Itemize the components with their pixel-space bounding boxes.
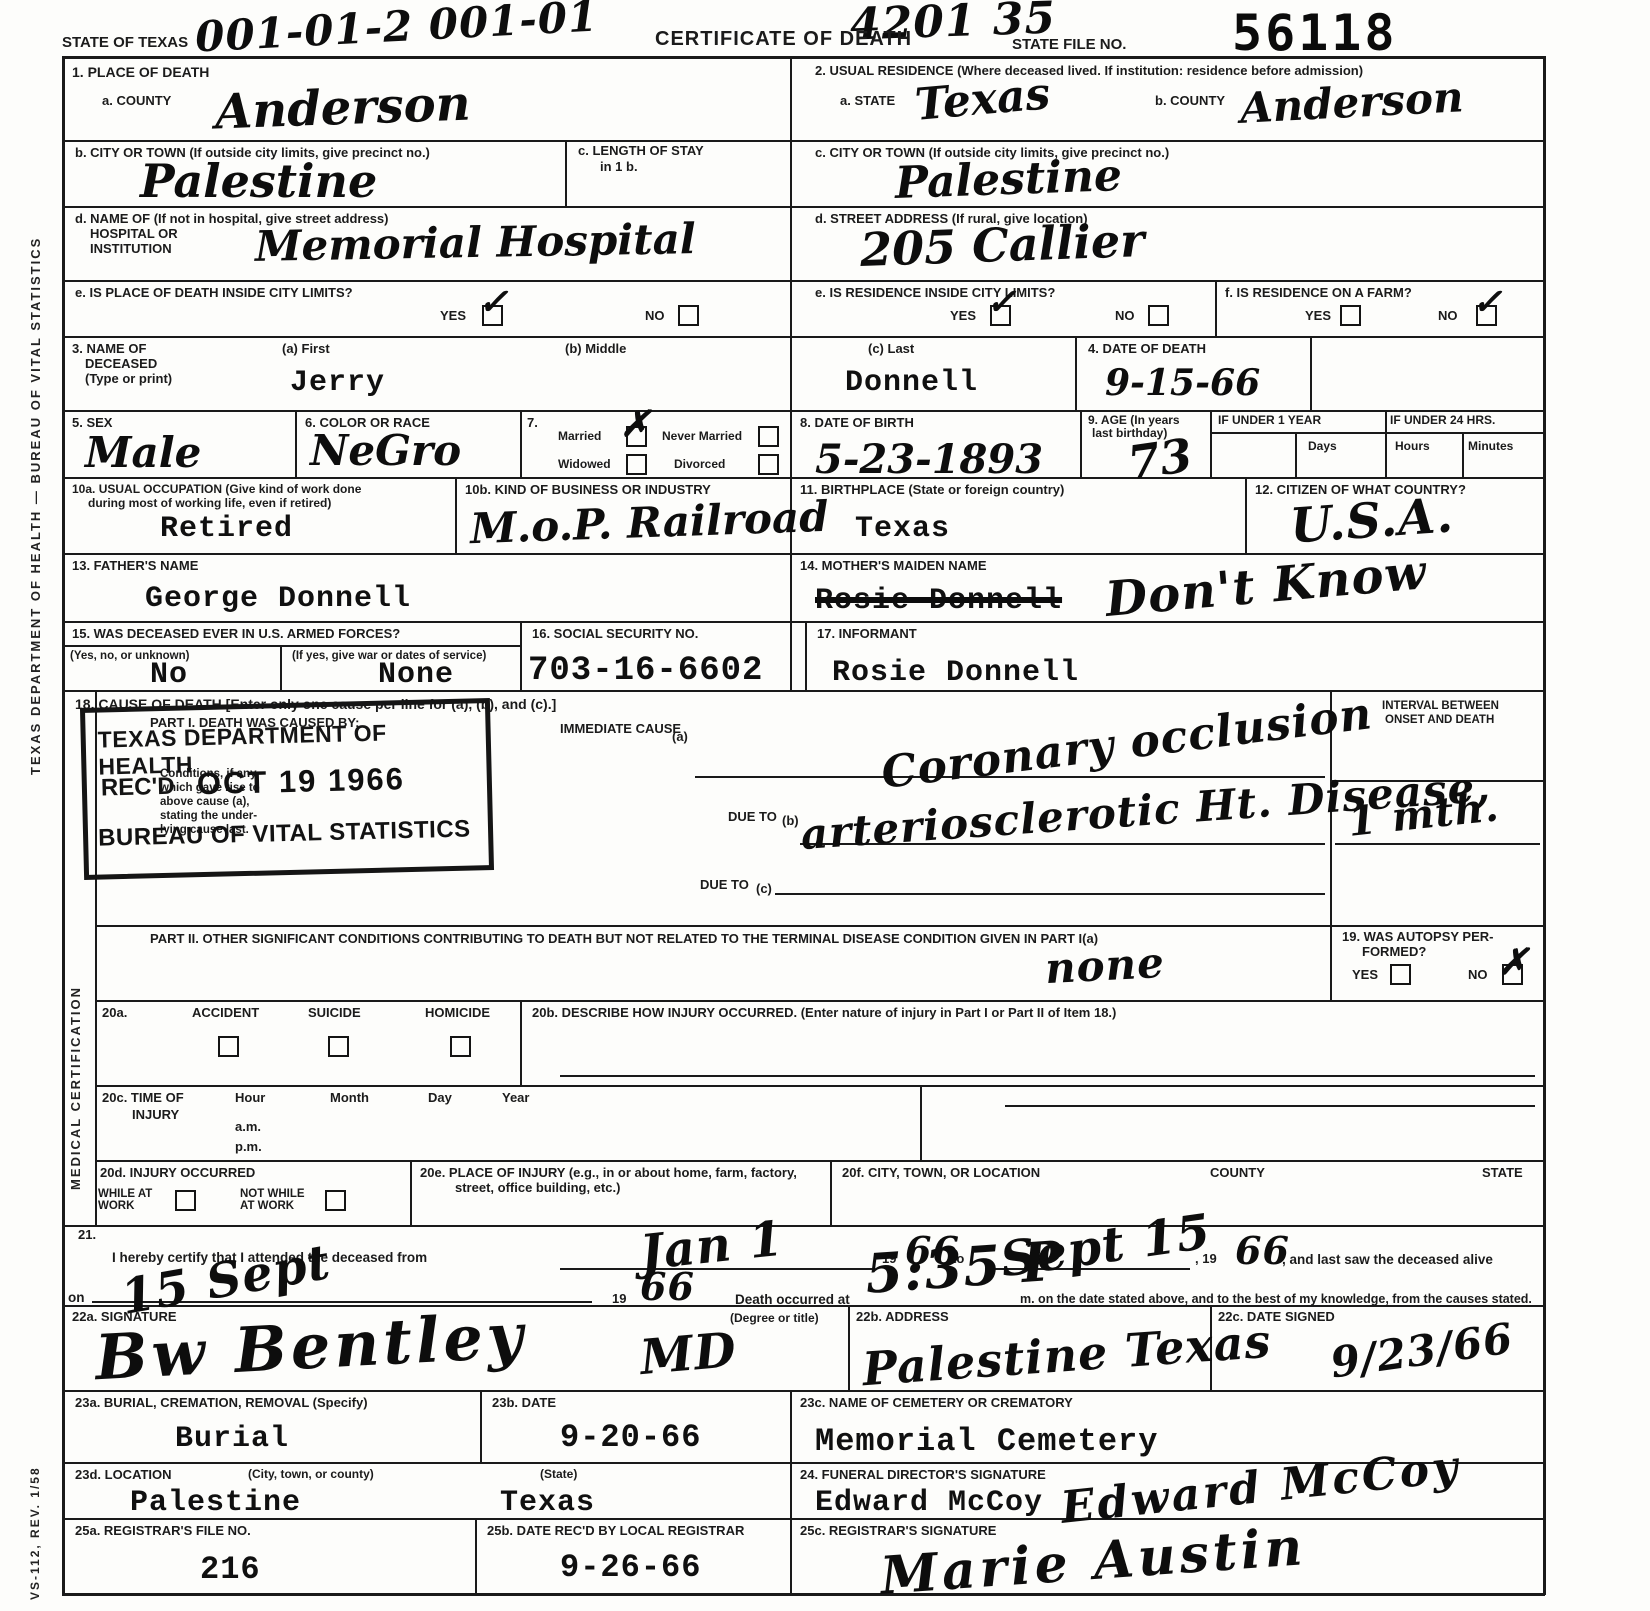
grid-line — [1310, 336, 1312, 410]
burial-cremation-value: Burial — [175, 1424, 289, 1454]
usual-occupation-label2: during most of working life, even if ret… — [88, 497, 331, 511]
armed-forces-yesno-value: No — [150, 660, 188, 690]
burial-location-state-label: (State) — [540, 1468, 577, 1482]
cemetery-name-label: 23c. NAME OF CEMETERY OR CREMATORY — [800, 1396, 1073, 1411]
due-to-b-label: DUE TO — [728, 810, 777, 825]
name-of-deceased-label3: (Type or print) — [85, 372, 172, 387]
days-label: Days — [1308, 440, 1337, 454]
injury-description-line — [560, 1075, 1535, 1077]
never-married-checkbox — [758, 426, 779, 447]
physician-degree-value: MD — [638, 1326, 739, 1382]
grid-line — [62, 1390, 1545, 1392]
grid-line — [790, 1390, 792, 1595]
burial-location-city-label: (City, town, or county) — [248, 1468, 374, 1482]
mothers-maiden-name-struck: Rosie Donnell — [815, 586, 1062, 616]
certify-text-2: , and last saw the deceased alive — [1282, 1252, 1493, 1268]
injury-description-line-2 — [1005, 1105, 1535, 1107]
residence-county-label: b. COUNTY — [1155, 94, 1225, 109]
grid-line — [790, 56, 792, 690]
injury-occurred-label: 20d. INJURY OCCURRED — [100, 1166, 255, 1181]
pm-label: p.m. — [235, 1140, 262, 1155]
injury-city-label: 20f. CITY, TOWN, OR LOCATION — [842, 1166, 1040, 1181]
grid-line — [280, 645, 282, 690]
autopsy-label-1: 19. WAS AUTOPSY PER- — [1342, 930, 1493, 945]
grid-line — [520, 410, 522, 477]
grid-line — [520, 621, 522, 690]
widowed-checkbox — [626, 454, 647, 475]
death-city-limits-yes-mark: ✓ — [478, 284, 508, 320]
while-at-work-checkbox — [175, 1190, 196, 1211]
autopsy-no-mark: ✗ — [1498, 944, 1528, 980]
no-label: NO — [1438, 309, 1458, 324]
residence-city-value: Palestine — [894, 154, 1122, 206]
grid-line — [1075, 336, 1077, 410]
death-time-value: 5:35 P — [863, 1233, 1064, 1301]
color-or-race-value: NeGro — [310, 430, 461, 472]
year-19-label-3: 19 — [612, 1292, 626, 1307]
burial-date-label: 23b. DATE — [492, 1396, 556, 1411]
residence-state-label: a. STATE — [840, 94, 895, 109]
hospital-name-value: Memorial Hospital — [255, 218, 696, 268]
usual-residence-title: 2. USUAL RESIDENCE (Where deceased lived… — [815, 64, 1363, 79]
divorced-label: Divorced — [674, 458, 725, 472]
married-mark: ✗ — [620, 406, 650, 442]
yes-label: YES — [1305, 309, 1331, 324]
length-of-stay-label: c. LENGTH OF STAY — [578, 144, 704, 159]
married-label: Married — [558, 430, 601, 444]
middle-name-label: (b) Middle — [565, 342, 626, 357]
street-address-value: 205 Callier — [859, 217, 1145, 273]
place-of-injury-label-2: street, office building, etc.) — [455, 1181, 620, 1196]
grid-line — [62, 140, 1545, 142]
month-label: Month — [330, 1091, 369, 1106]
grid-line — [848, 1305, 850, 1390]
grid-line — [62, 56, 1545, 59]
grid-line — [62, 477, 1545, 479]
grid-line — [1210, 432, 1545, 434]
homicide-checkbox — [450, 1036, 471, 1057]
length-of-stay-sublabel: in 1 b. — [600, 160, 638, 175]
yes-label: YES — [440, 309, 466, 324]
grid-line — [62, 645, 520, 647]
mothers-maiden-name-label: 14. MOTHER'S MAIDEN NAME — [800, 559, 987, 574]
part2-label: PART II. OTHER SIGNIFICANT CONDITIONS CO… — [150, 932, 1098, 947]
due-to-c-label: DUE TO — [700, 878, 749, 893]
registrar-file-no-label: 25a. REGISTRAR'S FILE NO. — [75, 1524, 251, 1539]
county-value: Anderson — [214, 80, 471, 137]
mothers-maiden-name-value: Don't Know — [1104, 548, 1429, 624]
grid-line — [62, 56, 65, 1595]
armed-forces-label: 15. WAS DECEASED EVER IN U.S. ARMED FORC… — [72, 627, 400, 642]
social-security-label: 16. SOCIAL SECURITY NO. — [532, 627, 698, 642]
grid-line — [1080, 410, 1082, 477]
place-of-death-title: 1. PLACE OF DEATH — [72, 64, 209, 80]
sidebar-department-text: TEXAS DEPARTMENT OF HEALTH — BUREAU OF V… — [28, 265, 43, 775]
divorced-checkbox — [758, 454, 779, 475]
grid-line — [1245, 477, 1247, 553]
accident-checkbox — [218, 1036, 239, 1057]
grid-line — [62, 1593, 1545, 1596]
time-of-injury-label-1: 20c. TIME OF — [102, 1091, 184, 1106]
farm-no-mark: ✓ — [1472, 284, 1502, 320]
grid-line — [62, 690, 1545, 692]
stamp-line3: BUREAU OF VITAL STATISTICS — [98, 816, 471, 853]
grid-line — [95, 1000, 1545, 1002]
part2-value: none — [1044, 942, 1166, 990]
grid-line — [480, 1390, 482, 1462]
hours-label: Hours — [1395, 440, 1430, 454]
cemetery-name-value: Memorial Cemetery — [815, 1426, 1158, 1458]
residence-on-farm-label: f. IS RESIDENCE ON A FARM? — [1225, 286, 1412, 301]
first-name-value: Jerry — [290, 368, 385, 398]
cause-c-line — [775, 893, 1325, 895]
kind-of-business-label: 10b. KIND OF BUSINESS OR INDUSTRY — [465, 483, 711, 498]
residence-city-limits-yes-mark: ✓ — [986, 284, 1016, 320]
grid-line — [295, 410, 297, 477]
grid-line — [565, 140, 567, 206]
sidebar-medical-certification-text: MEDICAL CERTIFICATION — [68, 860, 83, 1190]
farm-yes-checkbox — [1340, 305, 1361, 326]
date-recd-label: 25b. DATE REC'D BY LOCAL REGISTRAR — [487, 1524, 744, 1539]
stamp-date: OCT 19 1966 — [196, 761, 405, 802]
never-married-label: Never Married — [662, 430, 742, 444]
place-of-injury-label-1: 20e. PLACE OF INJURY (e.g., in or about … — [420, 1166, 797, 1181]
birthplace-label: 11. BIRTHPLACE (State or foreign country… — [800, 483, 1064, 498]
armed-forces-war-value: None — [378, 660, 454, 690]
first-name-label: (a) First — [282, 342, 330, 357]
grid-line — [95, 925, 1545, 927]
describe-injury-label: 20b. DESCRIBE HOW INJURY OCCURRED. (Ente… — [532, 1006, 1116, 1021]
death-occurred-label: Death occurred at — [735, 1292, 850, 1308]
hour-label: Hour — [235, 1091, 265, 1106]
name-of-deceased-label1: 3. NAME OF — [72, 342, 146, 357]
yes-label: YES — [950, 309, 976, 324]
day-label: Day — [428, 1091, 452, 1106]
grid-line — [920, 1085, 922, 1160]
date-signed-value: 9/23/66 — [1328, 1317, 1516, 1384]
date-signed-label: 22c. DATE SIGNED — [1218, 1310, 1335, 1325]
while-at-work-label-2: WORK — [98, 1200, 134, 1213]
state-file-number: 56118 — [1232, 8, 1398, 58]
marital-status-label: 7. — [527, 416, 538, 431]
received-stamp: TEXAS DEPARTMENT OF HEALTH REC'D OCT 19 … — [80, 698, 494, 880]
grid-line — [62, 1225, 1545, 1227]
grid-line — [475, 1518, 477, 1595]
death-inside-city-limits-label: e. IS PLACE OF DEATH INSIDE CITY LIMITS? — [75, 286, 353, 301]
usual-occupation-label: 10a. USUAL OCCUPATION (Give kind of work… — [72, 483, 361, 497]
death-city-limits-no-checkbox — [678, 305, 699, 326]
grid-line — [455, 477, 457, 553]
residence-city-limits-no-checkbox — [1148, 305, 1169, 326]
grid-line — [62, 410, 1545, 412]
homicide-label: HOMICIDE — [425, 1006, 490, 1021]
item-20a-label: 20a. — [102, 1006, 127, 1021]
grid-line — [95, 1085, 1545, 1087]
city-or-town-value: Palestine — [140, 158, 377, 204]
handwritten-district-codes: 001-01-2 001-01 — [194, 0, 599, 59]
last-name-value: Donnell — [845, 368, 978, 398]
suicide-label: SUICIDE — [308, 1006, 361, 1021]
grid-line — [830, 1160, 832, 1225]
date-recd-value: 9-26-66 — [560, 1552, 701, 1584]
usual-occupation-value: Retired — [160, 514, 293, 544]
grid-line — [805, 621, 807, 690]
time-of-injury-label-2: INJURY — [132, 1108, 179, 1123]
degree-or-title-label: (Degree or title) — [730, 1312, 819, 1326]
state-of-texas-label: STATE OF TEXAS — [62, 34, 188, 51]
accident-label: ACCIDENT — [192, 1006, 259, 1021]
cause-c-label: (c) — [756, 882, 772, 897]
funeral-director-typed: Edward McCoy — [815, 1488, 1043, 1518]
year-label: Year — [502, 1091, 529, 1106]
citizen-of-country-value: U.S.A. — [1289, 491, 1456, 550]
death-certificate-page: 4201 35 STATE OF TEXAS 001-01-2 001-01 C… — [0, 0, 1650, 1611]
no-label: NO — [1468, 968, 1488, 983]
on-label: on — [68, 1290, 85, 1306]
interval-b-value: 1 mth. — [1346, 787, 1501, 843]
item-21-label: 21. — [78, 1228, 96, 1243]
certify-on-year: 66 — [640, 1268, 695, 1306]
date-of-birth-label: 8. DATE OF BIRTH — [800, 416, 914, 431]
social-security-value: 703-16-6602 — [528, 654, 763, 688]
date-of-death-value: 9-15-66 — [1105, 365, 1260, 401]
registrar-signature-label: 25c. REGISTRAR'S SIGNATURE — [800, 1524, 996, 1539]
yes-label: YES — [1352, 968, 1378, 983]
physician-address-label: 22b. ADDRESS — [856, 1310, 949, 1325]
injury-county-label: COUNTY — [1210, 1166, 1265, 1181]
grid-line — [1210, 410, 1212, 477]
interval-header-2: ONSET AND DEATH — [1385, 714, 1494, 727]
injury-state-label: STATE — [1482, 1166, 1523, 1181]
residence-inside-city-limits-label: e. IS RESIDENCE INSIDE CITY LIMITS? — [815, 286, 1055, 301]
informant-label: 17. INFORMANT — [817, 627, 917, 642]
am-label: a.m. — [235, 1120, 261, 1135]
hospital-name-label2: HOSPITAL OR — [90, 227, 178, 242]
sidebar-form-number: VS-112, REV. 1/58 — [28, 1405, 42, 1600]
suicide-checkbox — [328, 1036, 349, 1057]
immediate-cause-label: IMMEDIATE CAUSE — [560, 722, 681, 737]
year-19-label-2: , 19 — [1195, 1252, 1217, 1267]
grid-line — [62, 621, 1545, 623]
burial-location-label: 23d. LOCATION — [75, 1468, 172, 1483]
last-name-label: (c) Last — [868, 342, 914, 357]
widowed-label: Widowed — [558, 458, 611, 472]
grid-line — [62, 280, 1545, 282]
grid-line — [1215, 280, 1217, 336]
if-under-24-hrs-label: IF UNDER 24 HRS. — [1390, 414, 1495, 428]
stamp-recd: REC'D — [101, 773, 175, 803]
not-while-at-work-label-2: AT WORK — [240, 1200, 294, 1213]
grid-line — [1543, 56, 1546, 1595]
grid-line — [62, 336, 1545, 338]
residence-state-value: Texas — [913, 72, 1052, 128]
grid-line — [1295, 432, 1297, 477]
cause-a-label: (a) — [672, 730, 688, 745]
funeral-director-label: 24. FUNERAL DIRECTOR'S SIGNATURE — [800, 1468, 1046, 1483]
interval-header-1: INTERVAL BETWEEN — [1382, 700, 1499, 713]
burial-location-state-value: Texas — [500, 1488, 595, 1518]
no-label: NO — [645, 309, 665, 324]
burial-date-value: 9-20-66 — [560, 1422, 701, 1454]
burial-location-city-value: Palestine — [130, 1488, 301, 1518]
birthplace-value: Texas — [855, 514, 950, 544]
grid-line — [1462, 432, 1464, 477]
date-of-birth-value: 5-23-1893 — [815, 440, 1043, 480]
fathers-name-label: 13. FATHER'S NAME — [72, 559, 198, 574]
minutes-label: Minutes — [1468, 440, 1513, 454]
age-value: 73 — [1125, 432, 1195, 486]
burial-cremation-label: 23a. BURIAL, CREMATION, REMOVAL (Specify… — [75, 1396, 368, 1411]
registrar-file-no-value: 216 — [200, 1554, 261, 1586]
grid-line — [410, 1160, 412, 1225]
grid-line — [95, 1160, 1545, 1162]
grid-line — [520, 1000, 522, 1085]
certify-text-4: m. on the date stated above, and to the … — [1020, 1292, 1532, 1306]
sex-value: Male — [85, 432, 201, 474]
informant-value: Rosie Donnell — [832, 658, 1079, 688]
grid-line — [1385, 410, 1387, 477]
not-while-at-work-checkbox — [325, 1190, 346, 1211]
residence-county-value: Anderson — [1239, 76, 1464, 130]
autopsy-label-2: FORMED? — [1362, 945, 1426, 960]
county-label: a. COUNTY — [102, 94, 171, 109]
state-file-no-label: STATE FILE NO. — [1012, 36, 1126, 53]
no-label: NO — [1115, 309, 1135, 324]
cause-b-label: (b) — [782, 814, 799, 829]
name-of-deceased-label2: DECEASED — [85, 357, 157, 372]
hospital-name-label3: INSTITUTION — [90, 242, 172, 257]
physician-signature: Bw Bentley — [94, 1305, 529, 1390]
if-under-1-year-label: IF UNDER 1 YEAR — [1218, 414, 1321, 428]
autopsy-yes-checkbox — [1390, 964, 1411, 985]
certificate-title: CERTIFICATE OF DEATH — [655, 28, 912, 51]
date-of-death-label: 4. DATE OF DEATH — [1088, 342, 1206, 357]
kind-of-business-value: M.o.P. Railroad — [469, 496, 829, 550]
fathers-name-value: George Donnell — [145, 584, 411, 614]
